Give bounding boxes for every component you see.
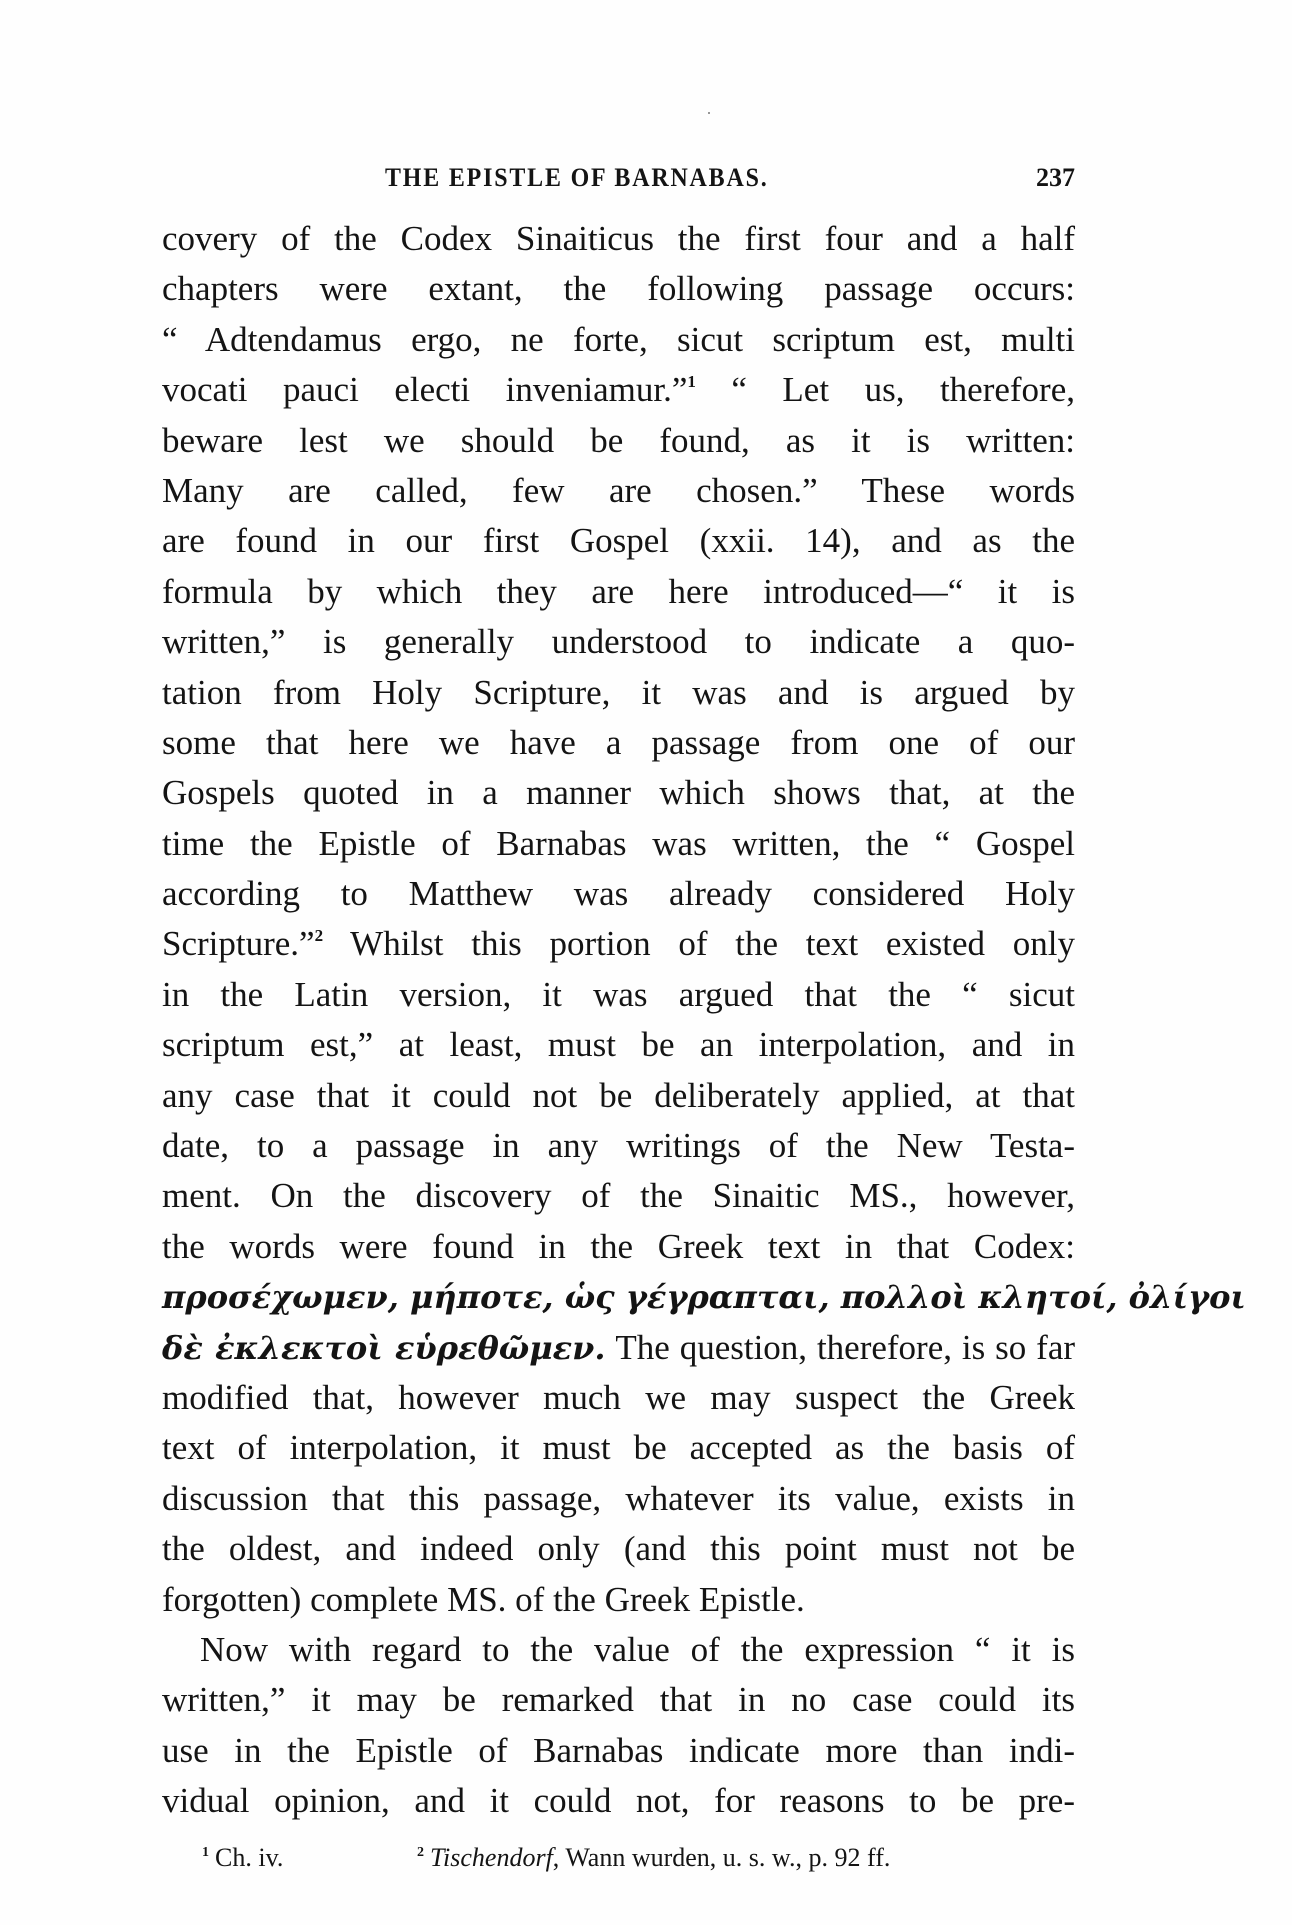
body-text: covery of the Codex Sinaiticus the first… [162,214,1075,1827]
text-line: scriptum est,” at least, must be an inte… [162,1020,1075,1070]
text-line: covery of the Codex Sinaiticus the first… [162,214,1075,264]
text-segment: vocati pauci electi inveniamur.” [162,370,687,409]
footnote-text: Ch. iv. [215,1843,283,1872]
text-line: modified that, however much we may suspe… [162,1373,1075,1423]
text-line: Gospels quoted in a manner which shows t… [162,768,1075,818]
footnote-marker: 2 [417,1845,424,1860]
scan-speck [708,112,710,114]
greek-quote-line: προσέχωμεν, μήποτε, ὡς γέγραπται, πολλοὶ… [162,1272,1075,1322]
text-line: use in the Epistle of Barnabas indicate … [162,1726,1075,1776]
text-line: Many are called, few are chosen.” These … [162,466,1075,516]
text-line: beware lest we should be found, as it is… [162,416,1075,466]
text-line: Scripture.”2 Whilst this portion of the … [162,919,1075,969]
text-line: according to Matthew was already conside… [162,869,1075,919]
page-number: 237 [1036,158,1075,198]
greek-text: προσέχωμεν, μήποτε, ὡς γέγραπται, πολλοὶ… [162,1278,1246,1316]
footnote-2: 2Tischendorf, Wann wurden, u. s. w., p. … [417,1838,890,1878]
text-line: time the Epistle of Barnabas was written… [162,819,1075,869]
text-line: tation from Holy Scripture, it was and i… [162,668,1075,718]
running-head: THE EPISTLE OF BARNABAS. 237 [162,158,1075,198]
text-line: are found in our first Gospel (xxii. 14)… [162,516,1075,566]
text-segment: The question, therefore, is so far [605,1328,1075,1367]
text-line: the oldest, and indeed only (and this po… [162,1524,1075,1574]
text-line: chapters were extant, the following pass… [162,264,1075,314]
running-title: THE EPISTLE OF BARNABAS. [385,158,769,198]
footnote-ref-2: 2 [315,926,324,945]
text-segment: “ Let us, therefore, [696,370,1075,409]
text-line: formula by which they are here introduce… [162,567,1075,617]
text-segment: Whilst this portion of the text existed … [323,924,1075,963]
text-line: written,” is generally understood to ind… [162,617,1075,667]
text-line: discussion that this passage, whatever i… [162,1474,1075,1524]
footnote-1: 1Ch. iv. [202,1838,283,1878]
text-line: date, to a passage in any writings of th… [162,1121,1075,1171]
paragraph-start-line: Now with regard to the value of the expr… [162,1625,1075,1675]
text-line: some that here we have a passage from on… [162,718,1075,768]
text-line: in the Latin version, it was argued that… [162,970,1075,1020]
footnote-ref-1: 1 [687,372,696,391]
text-line: ment. On the discovery of the Sinaitic M… [162,1171,1075,1221]
text-segment: Scripture.” [162,924,315,963]
text-line: vidual opinion, and it could not, for re… [162,1776,1075,1826]
greek-text: δὲ ἐκλεκτοὶ εὑρεθῶμεν. [162,1329,605,1367]
text-line: written,” it may be remarked that in no … [162,1675,1075,1725]
text-line: the words were found in the Greek text i… [162,1222,1075,1272]
paragraph-end-line: forgotten) complete MS. of the Greek Epi… [162,1575,1075,1625]
greek-quote-line: δὲ ἐκλεκτοὶ εὑρεθῶμεν. The question, the… [162,1323,1075,1373]
book-page: THE EPISTLE OF BARNABAS. 237 covery of t… [0,0,1292,1925]
text-line: any case that it could not be deliberate… [162,1071,1075,1121]
footnote-text: , Wann wurden, u. s. w., p. 92 ff. [553,1843,891,1872]
text-line: “ Adtendamus ergo, ne forte, sicut scrip… [162,315,1075,365]
text-line: vocati pauci electi inveniamur.”1 “ Let … [162,365,1075,415]
footnote-marker: 1 [202,1845,209,1860]
footnotes: 1Ch. iv. 2Tischendorf, Wann wurden, u. s… [162,1838,1075,1878]
footnote-author: Tischendorf [430,1843,553,1872]
text-line: text of interpolation, it must be accept… [162,1423,1075,1473]
